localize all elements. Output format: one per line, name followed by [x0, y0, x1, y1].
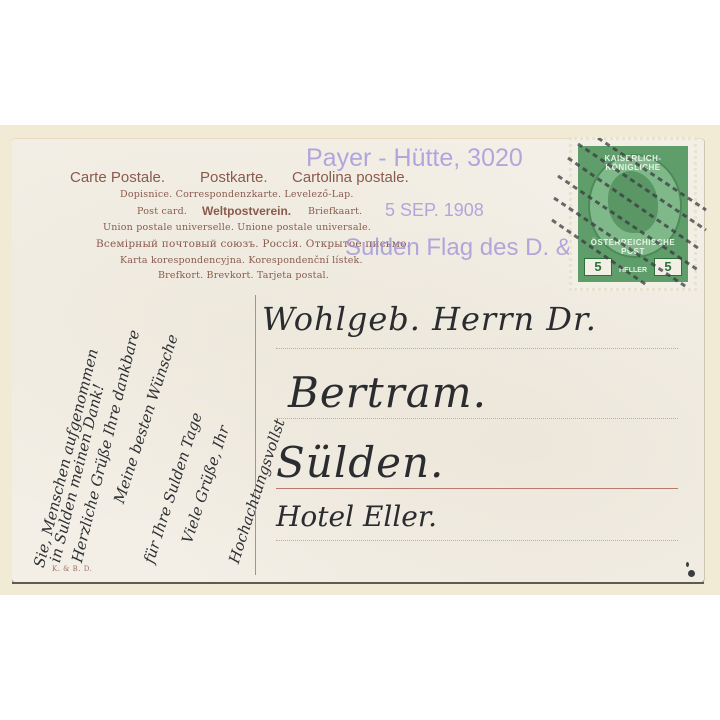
header-weltpostverein: Weltpostverein.: [202, 204, 291, 218]
address-rule-3: [276, 488, 678, 489]
address-line-2: Bertram.: [288, 368, 487, 417]
header-post-card: Post card.: [137, 206, 187, 217]
header-line-7: Brefkort. Brevkort. Tarjeta postal.: [158, 270, 329, 281]
stamp-value-right: 5: [654, 258, 682, 276]
postage-stamp: KAISERLICH-KÖNIGLICHE ÖSTERREICHISCHE PO…: [569, 137, 697, 291]
stamp-bottom-text: ÖSTERREICHISCHE POST: [582, 238, 684, 256]
card-divider: [255, 295, 256, 575]
postmark-date: 5 SEP. 1908: [385, 200, 484, 221]
address-line-4: Hotel Eller.: [276, 500, 437, 533]
header-briefkaart: Briefkaart.: [308, 206, 362, 217]
ink-blot: [688, 570, 695, 577]
header-postkarte: Postkarte.: [200, 169, 268, 186]
postmark-hut-name: Payer - Hütte, 3020: [306, 144, 523, 173]
ink-blot: [686, 562, 689, 567]
stamp-denomination: HELLER: [618, 267, 648, 274]
address-rule-1: [276, 348, 678, 349]
stamp-face: KAISERLICH-KÖNIGLICHE ÖSTERREICHISCHE PO…: [578, 146, 688, 282]
address-rule-4: [276, 540, 678, 541]
stamp-value-left: 5: [584, 258, 612, 276]
publisher-imprint: K. & B. D.: [52, 565, 92, 573]
header-line-6: Karta korespondencyjna. Korespondenční l…: [120, 255, 363, 266]
header-carte-postale: Carte Postale.: [70, 169, 165, 186]
address-line-1: Wohlgeb. Herrn Dr.: [262, 300, 597, 338]
address-rule-2: [276, 418, 678, 419]
header-line-2: Dopisnice. Correspondenzkarte. Levelező-…: [120, 189, 354, 200]
address-line-3: Sülden.: [276, 438, 444, 487]
stamp-top-text: KAISERLICH-KÖNIGLICHE: [582, 154, 684, 172]
header-line-4: Union postale universelle. Unione postal…: [103, 222, 371, 233]
